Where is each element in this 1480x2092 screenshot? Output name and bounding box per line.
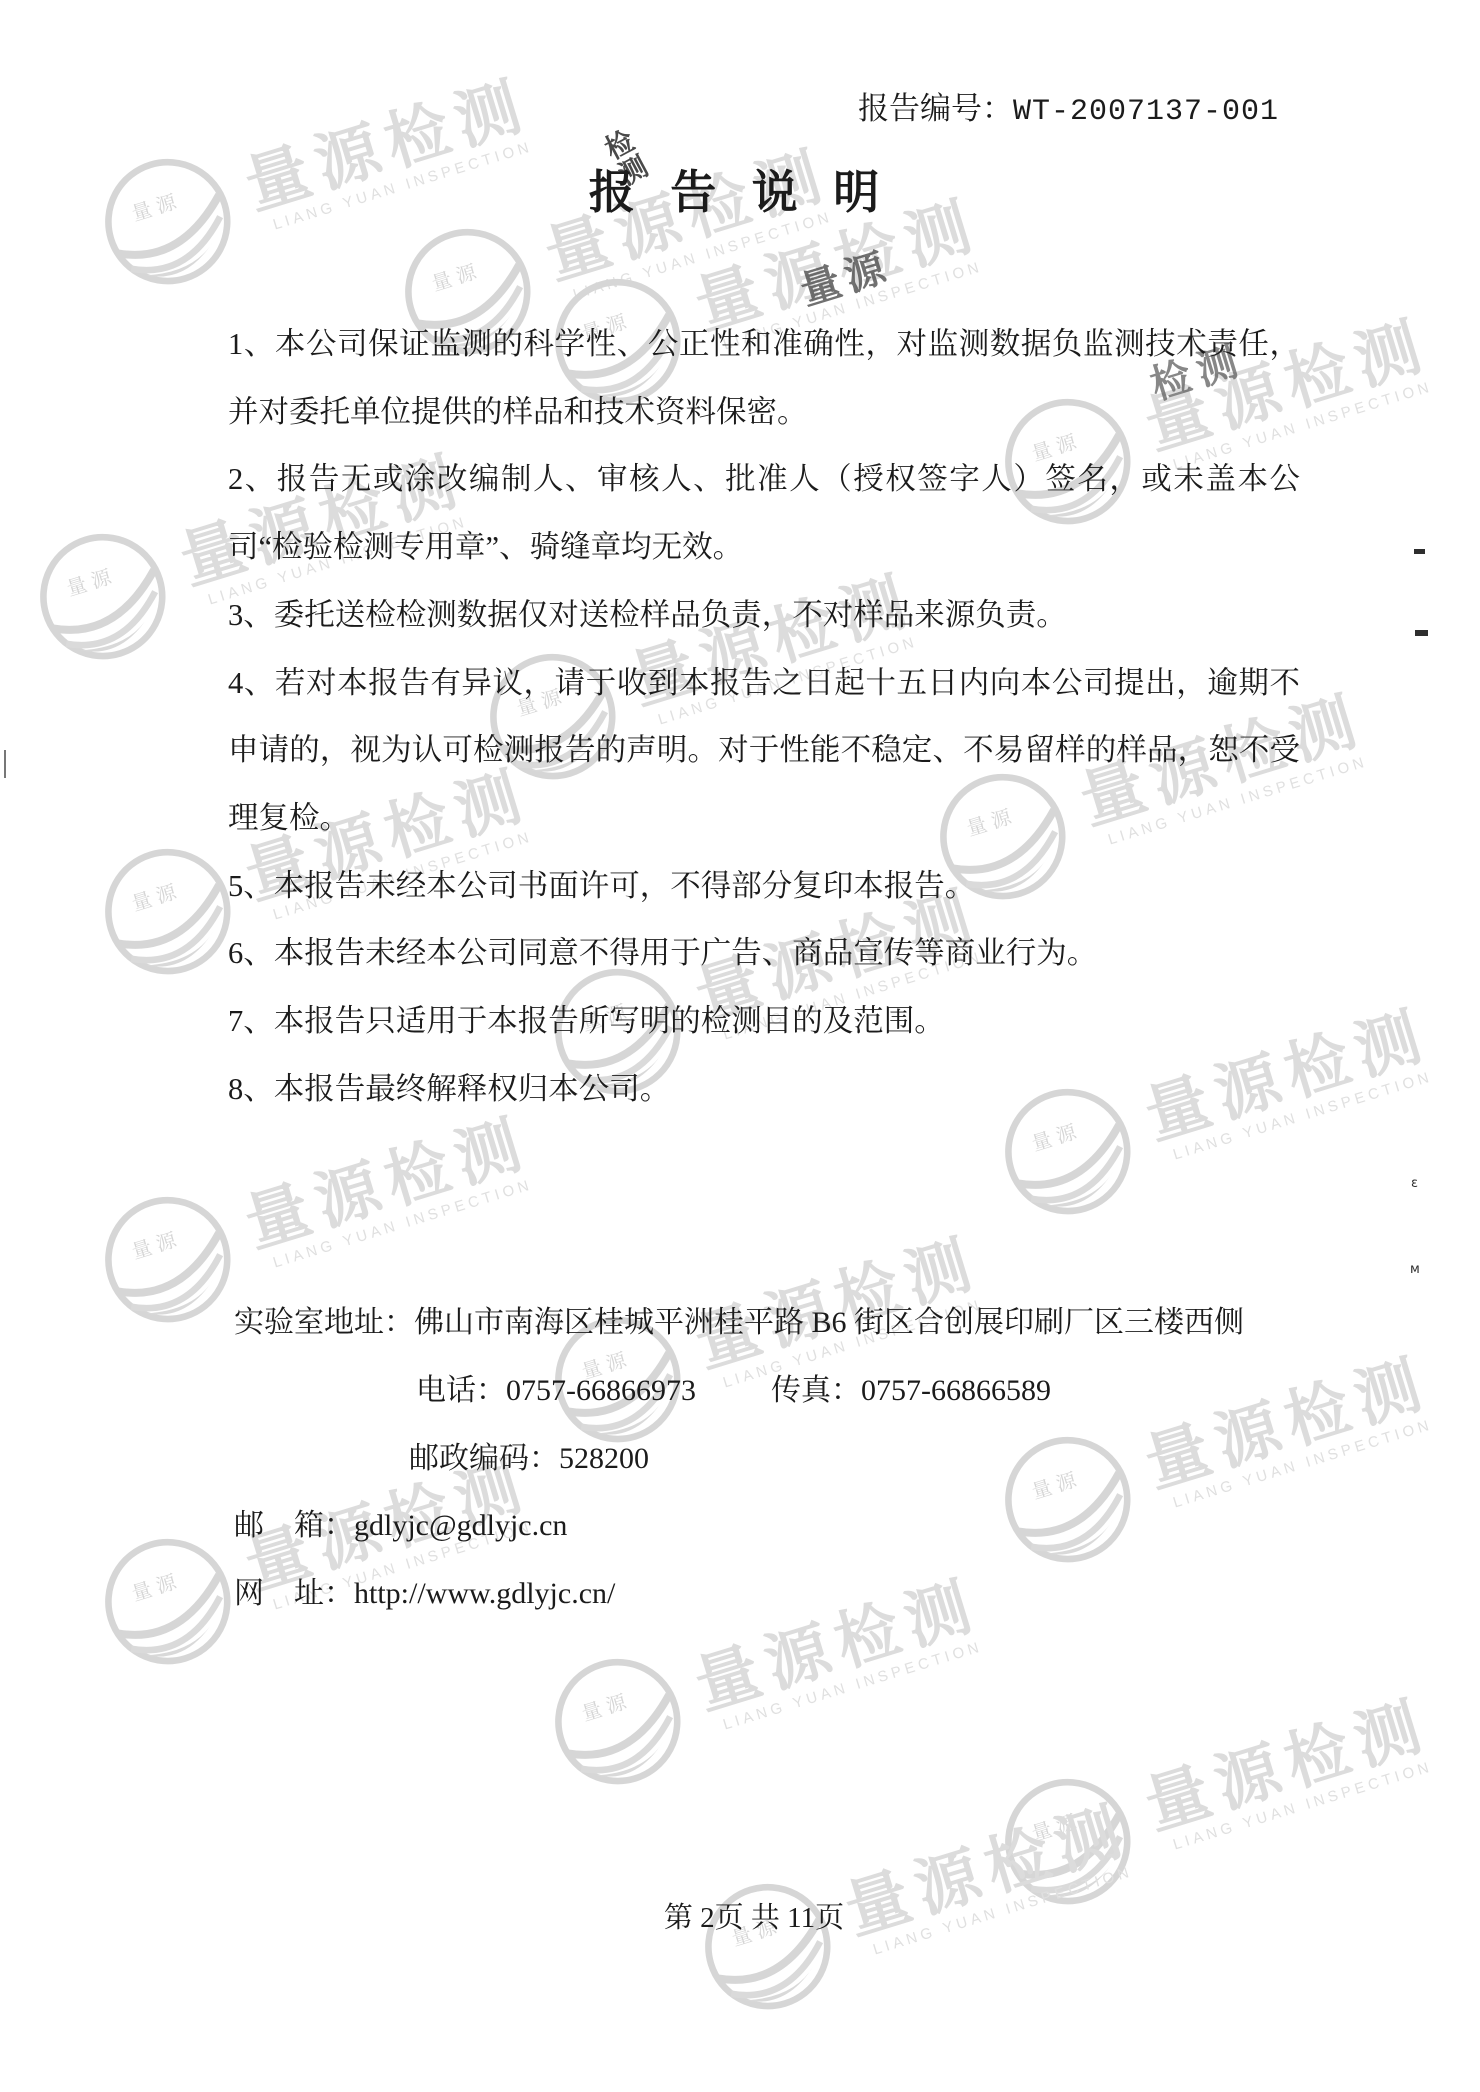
liangyuan-logo-icon: 量 源 (20, 514, 185, 679)
liangyuan-logo-icon: 量 源 (985, 1759, 1150, 1924)
website-label: 网 址： (234, 1577, 354, 1610)
scan-artifact-mark: м (1410, 1262, 1420, 1277)
scan-artifact-mark (1415, 630, 1428, 636)
page-number: 第 2页 共 11页 (664, 1895, 844, 1936)
note-item-3: 3、委托送检检测数据仅对送检样品负责，不对样品来源负责。 (228, 582, 1300, 650)
phone-label: 电话： (416, 1374, 506, 1407)
lab-address-label: 实验室地址： (234, 1306, 414, 1339)
phone-line: 电话：0757-66866973 (416, 1365, 696, 1409)
watermark-subtext: LIANG YUAN INSPECTION (871, 1861, 1141, 1957)
fax-value: 0757-66866589 (861, 1374, 1051, 1407)
svg-text:量 源: 量 源 (129, 881, 180, 916)
note-item-1: 1、本公司保证监测的科学性、公正性和准确性，对监测数据负监测技术责任，并对委托单… (228, 311, 1300, 446)
report-number-value: WT-2007137-001 (1013, 95, 1279, 129)
email-label: 邮 箱： (234, 1509, 354, 1542)
scan-artifact-mark (4, 750, 6, 778)
report-notes: 1、本公司保证监测的科学性、公正性和准确性，对监测数据负监测技术责任，并对委托单… (228, 311, 1300, 1123)
note-item-5: 5、本报告未经本公司书面许可，不得部分复印本报告。 (228, 853, 1300, 921)
watermark-text: 量源检测 (1138, 1349, 1436, 1496)
watermark-subtext: LIANG YUAN INSPECTION (1171, 1414, 1441, 1510)
liangyuan-logo-icon: 量 源 (685, 1864, 850, 2029)
liangyuan-logo-icon: 量 源 (985, 1417, 1150, 1582)
svg-text:量 源: 量 源 (129, 191, 180, 226)
watermark-text: 量源检测 (238, 1109, 536, 1256)
watermark-unit: 量 源量源检测LIANG YUAN INSPECTION (985, 1326, 1448, 1582)
note-item-4: 4、若对本报告有异议，请于收到本报告之日起十五日内向本公司提出，逾期不申请的，视… (228, 650, 1300, 853)
lab-address-line: 实验室地址：佛山市南海区桂城平洲桂平路 B6 街区合创展印刷厂区三楼西侧 (234, 1297, 1244, 1341)
note-item-8: 8、本报告最终解释权归本公司。 (228, 1056, 1300, 1124)
watermark-text: 量源检测 (1138, 1691, 1436, 1838)
watermark-text: 量源检测 (238, 71, 536, 218)
svg-text:量 源: 量 源 (129, 1229, 180, 1264)
watermark-text: 量源检测 (838, 1796, 1136, 1943)
svg-text:量 源: 量 源 (129, 1571, 180, 1606)
website-line: 网 址：http://www.gdlyjc.cn/ (234, 1568, 615, 1612)
svg-text:量 源: 量 源 (579, 1691, 630, 1726)
liangyuan-logo-icon: 量 源 (85, 1177, 250, 1342)
website-value: http://www.gdlyjc.cn/ (354, 1577, 615, 1610)
watermark-subtext: LIANG YUAN INSPECTION (1171, 1756, 1441, 1852)
postal-value: 528200 (559, 1442, 649, 1475)
liangyuan-logo-icon: 量 源 (85, 829, 250, 994)
scan-artifact-mark: ɛ (1411, 1176, 1418, 1191)
svg-text:量 源: 量 源 (429, 261, 480, 296)
svg-text:量 源: 量 源 (64, 566, 115, 601)
watermark-unit: 量 源量源检测LIANG YUAN INSPECTION (85, 48, 548, 304)
postal-label: 邮政编码： (409, 1442, 559, 1475)
liangyuan-logo-icon: 量 源 (85, 1519, 250, 1684)
phone-value: 0757-66866973 (506, 1374, 696, 1407)
report-number-label: 报告编号： (858, 91, 1013, 126)
watermark-text: 量源检测 (688, 1571, 986, 1718)
scan-artifact-mark (1414, 549, 1425, 554)
scan-smudge: 量源 (796, 245, 896, 312)
email-value: gdlyjc@gdlyjc.cn (354, 1509, 567, 1542)
watermark-subtext: LIANG YUAN INSPECTION (271, 136, 541, 232)
page-title: 报 告 说 明 (589, 156, 892, 222)
note-item-2: 2、报告无或涂改编制人、审核人、批准人（授权签字人）签名，或未盖本公司“检验检测… (228, 446, 1300, 581)
email-line: 邮 箱：gdlyjc@gdlyjc.cn (234, 1500, 567, 1544)
watermark-subtext: LIANG YUAN INSPECTION (271, 1174, 541, 1270)
note-item-7: 7、本报告只适用于本报告所写明的检测目的及范围。 (228, 988, 1300, 1056)
report-number-line: 报告编号：WT-2007137-001 (858, 83, 1279, 129)
postal-line: 邮政编码：528200 (409, 1433, 649, 1477)
note-item-6: 6、本报告未经本公司同意不得用于广告、商品宣传等商业行为。 (228, 920, 1300, 988)
watermark-unit: 量 源量源检测LIANG YUAN INSPECTION (985, 1668, 1448, 1924)
fax-label: 传真： (771, 1374, 861, 1407)
fax-line: 传真：0757-66866589 (771, 1365, 1051, 1409)
lab-address-value: 佛山市南海区桂城平洲桂平路 B6 街区合创展印刷厂区三楼西侧 (414, 1306, 1244, 1339)
svg-text:量 源: 量 源 (1029, 1469, 1080, 1504)
liangyuan-logo-icon: 量 源 (85, 139, 250, 304)
svg-text:量 源: 量 源 (1029, 1811, 1080, 1846)
svg-text:量 源: 量 源 (1029, 1121, 1080, 1156)
liangyuan-logo-icon: 量 源 (535, 1639, 700, 1804)
watermark-subtext: LIANG YUAN INSPECTION (721, 1636, 991, 1732)
